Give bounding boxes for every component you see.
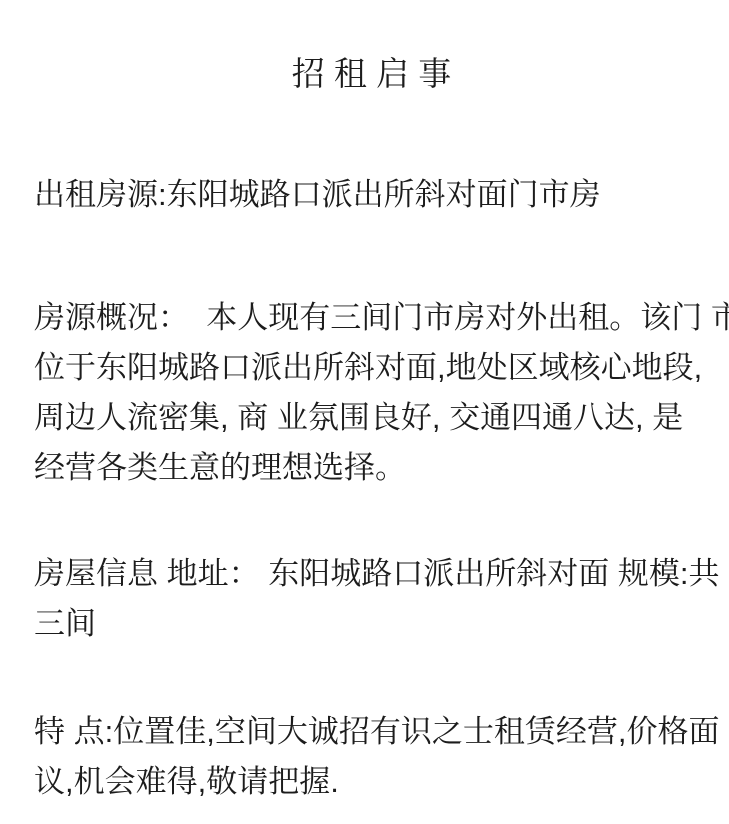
info-line-2: 三间 [34,599,709,649]
overview-line-1: 房源概况： 本人现有三间门市房对外出租。该门 市 [34,293,709,343]
rental-source-line: 出租房源:东阳城路口派出所斜对面门市房 [34,170,709,220]
overview-line-3: 周边人流密集, 商 业氛围良好, 交通四通八达, 是 [34,393,709,443]
paragraph-features: 特 点:位置佳,空间大诚招有识之士租赁经营,价格面 议,机会难得,敬请把握. [34,707,709,807]
notice-title: 招 租 启 事 [34,0,709,96]
rental-notice-document: 招 租 启 事 出租房源:东阳城路口派出所斜对面门市房 房源概况： 本人现有三间… [0,0,729,824]
paragraph-property-info: 房屋信息 地址： 东阳城路口派出所斜对面 规模:共 三间 [34,549,709,649]
paragraph-property-overview: 房源概况： 本人现有三间门市房对外出租。该门 市 位于东阳城路口派出所斜对面,地… [34,293,709,493]
features-line-1: 特 点:位置佳,空间大诚招有识之士租赁经营,价格面 [34,707,709,757]
info-line-1: 房屋信息 地址： 东阳城路口派出所斜对面 规模:共 [34,549,709,599]
features-line-2: 议,机会难得,敬请把握. [34,757,709,807]
overview-line-4: 经营各类生意的理想选择。 [34,443,709,493]
paragraph-rental-listing: 出租房源:东阳城路口派出所斜对面门市房 [34,170,709,220]
overview-line-2: 位于东阳城路口派出所斜对面,地处区域核心地段, [34,343,709,393]
